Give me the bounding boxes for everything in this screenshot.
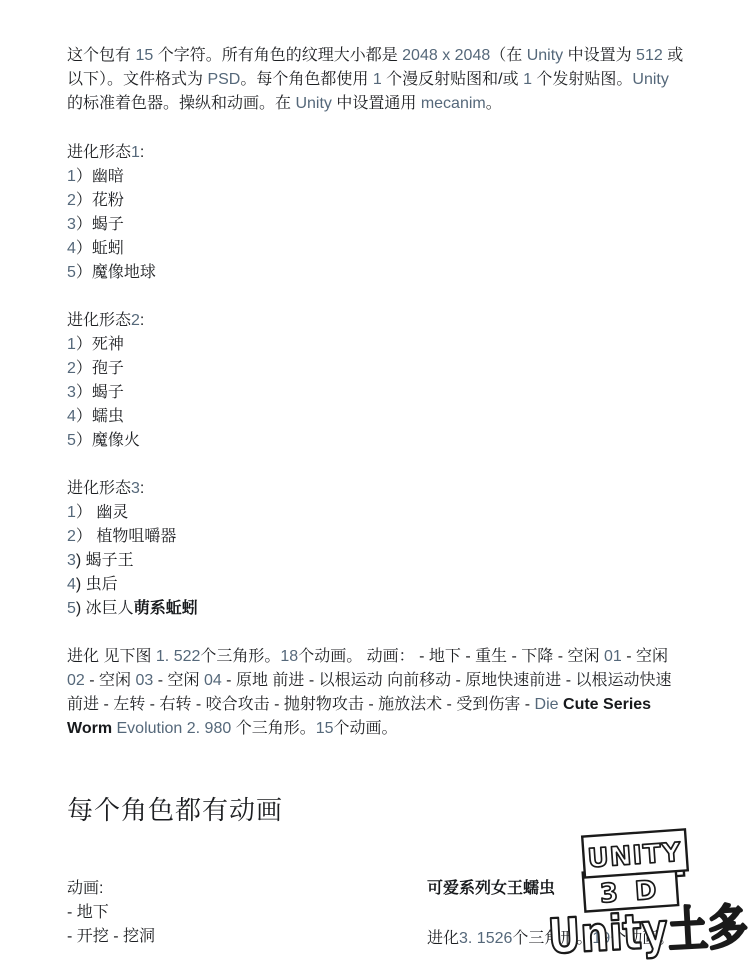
list-item: 4）蚯蚓 (67, 237, 687, 261)
evolution-form-2-list: 进化形态2: 1）死神 2）孢子 3）蝎子 4）蠕虫 5）魔像火 (67, 309, 687, 453)
list-item: 5）魔像火 (67, 429, 687, 453)
list-item: 1）幽暗 (67, 165, 687, 189)
intro-paragraph: 这个包有 15 个字符。所有角色的纹理大小都是 2048 x 2048（在 Un… (67, 44, 687, 116)
worm-queen-details: 进化3. 1526个三角形。19个动画。 (427, 927, 687, 951)
list-item: 4）蠕虫 (67, 405, 687, 429)
animations-title: 动画: (67, 877, 427, 901)
list-item: 2） 植物咀嚼器 (67, 525, 687, 549)
worm-queen-title: 可爱系列女王蠕虫 (427, 877, 687, 901)
bottom-columns: 动画: - 地下 - 开挖 - 挖洞 可爱系列女王蠕虫 进化3. 1526个三角… (67, 877, 687, 951)
list-item: 2）花粉 (67, 189, 687, 213)
list-title: 进化形态1: (67, 141, 687, 165)
evolution-details-paragraph: 进化 见下图 1. 522个三角形。18个动画。 动画： - 地下 - 重生 -… (67, 645, 687, 741)
list-title: 进化形态3: (67, 477, 687, 501)
list-item: 5）魔像地球 (67, 261, 687, 285)
section-heading: 每个角色都有动画 (67, 793, 687, 827)
list-item: 5) 冰巨人萌系蚯蚓 (67, 597, 687, 621)
list-item: 1）死神 (67, 333, 687, 357)
list-title: 进化形态2: (67, 309, 687, 333)
list-item: 3) 蝎子王 (67, 549, 687, 573)
list-item: 3）蝎子 (67, 213, 687, 237)
list-item: 4) 虫后 (67, 573, 687, 597)
list-item: 1） 幽灵 (67, 501, 687, 525)
animations-column: 动画: - 地下 - 开挖 - 挖洞 (67, 877, 427, 951)
animation-item: - 地下 (67, 901, 427, 925)
list-item: 3）蝎子 (67, 381, 687, 405)
evolution-form-3-list: 进化形态3: 1） 幽灵 2） 植物咀嚼器 3) 蝎子王 4) 虫后 5) 冰巨… (67, 477, 687, 621)
animation-item: - 开挖 - 挖洞 (67, 925, 427, 949)
evolution-form-1-list: 进化形态1: 1）幽暗 2）花粉 3）蝎子 4）蚯蚓 5）魔像地球 (67, 141, 687, 285)
list-item: 2）孢子 (67, 357, 687, 381)
worm-queen-column: 可爱系列女王蠕虫 进化3. 1526个三角形。19个动画。 (427, 877, 687, 951)
page-content: 这个包有 15 个字符。所有角色的纹理大小都是 2048 x 2048（在 Un… (67, 44, 687, 951)
